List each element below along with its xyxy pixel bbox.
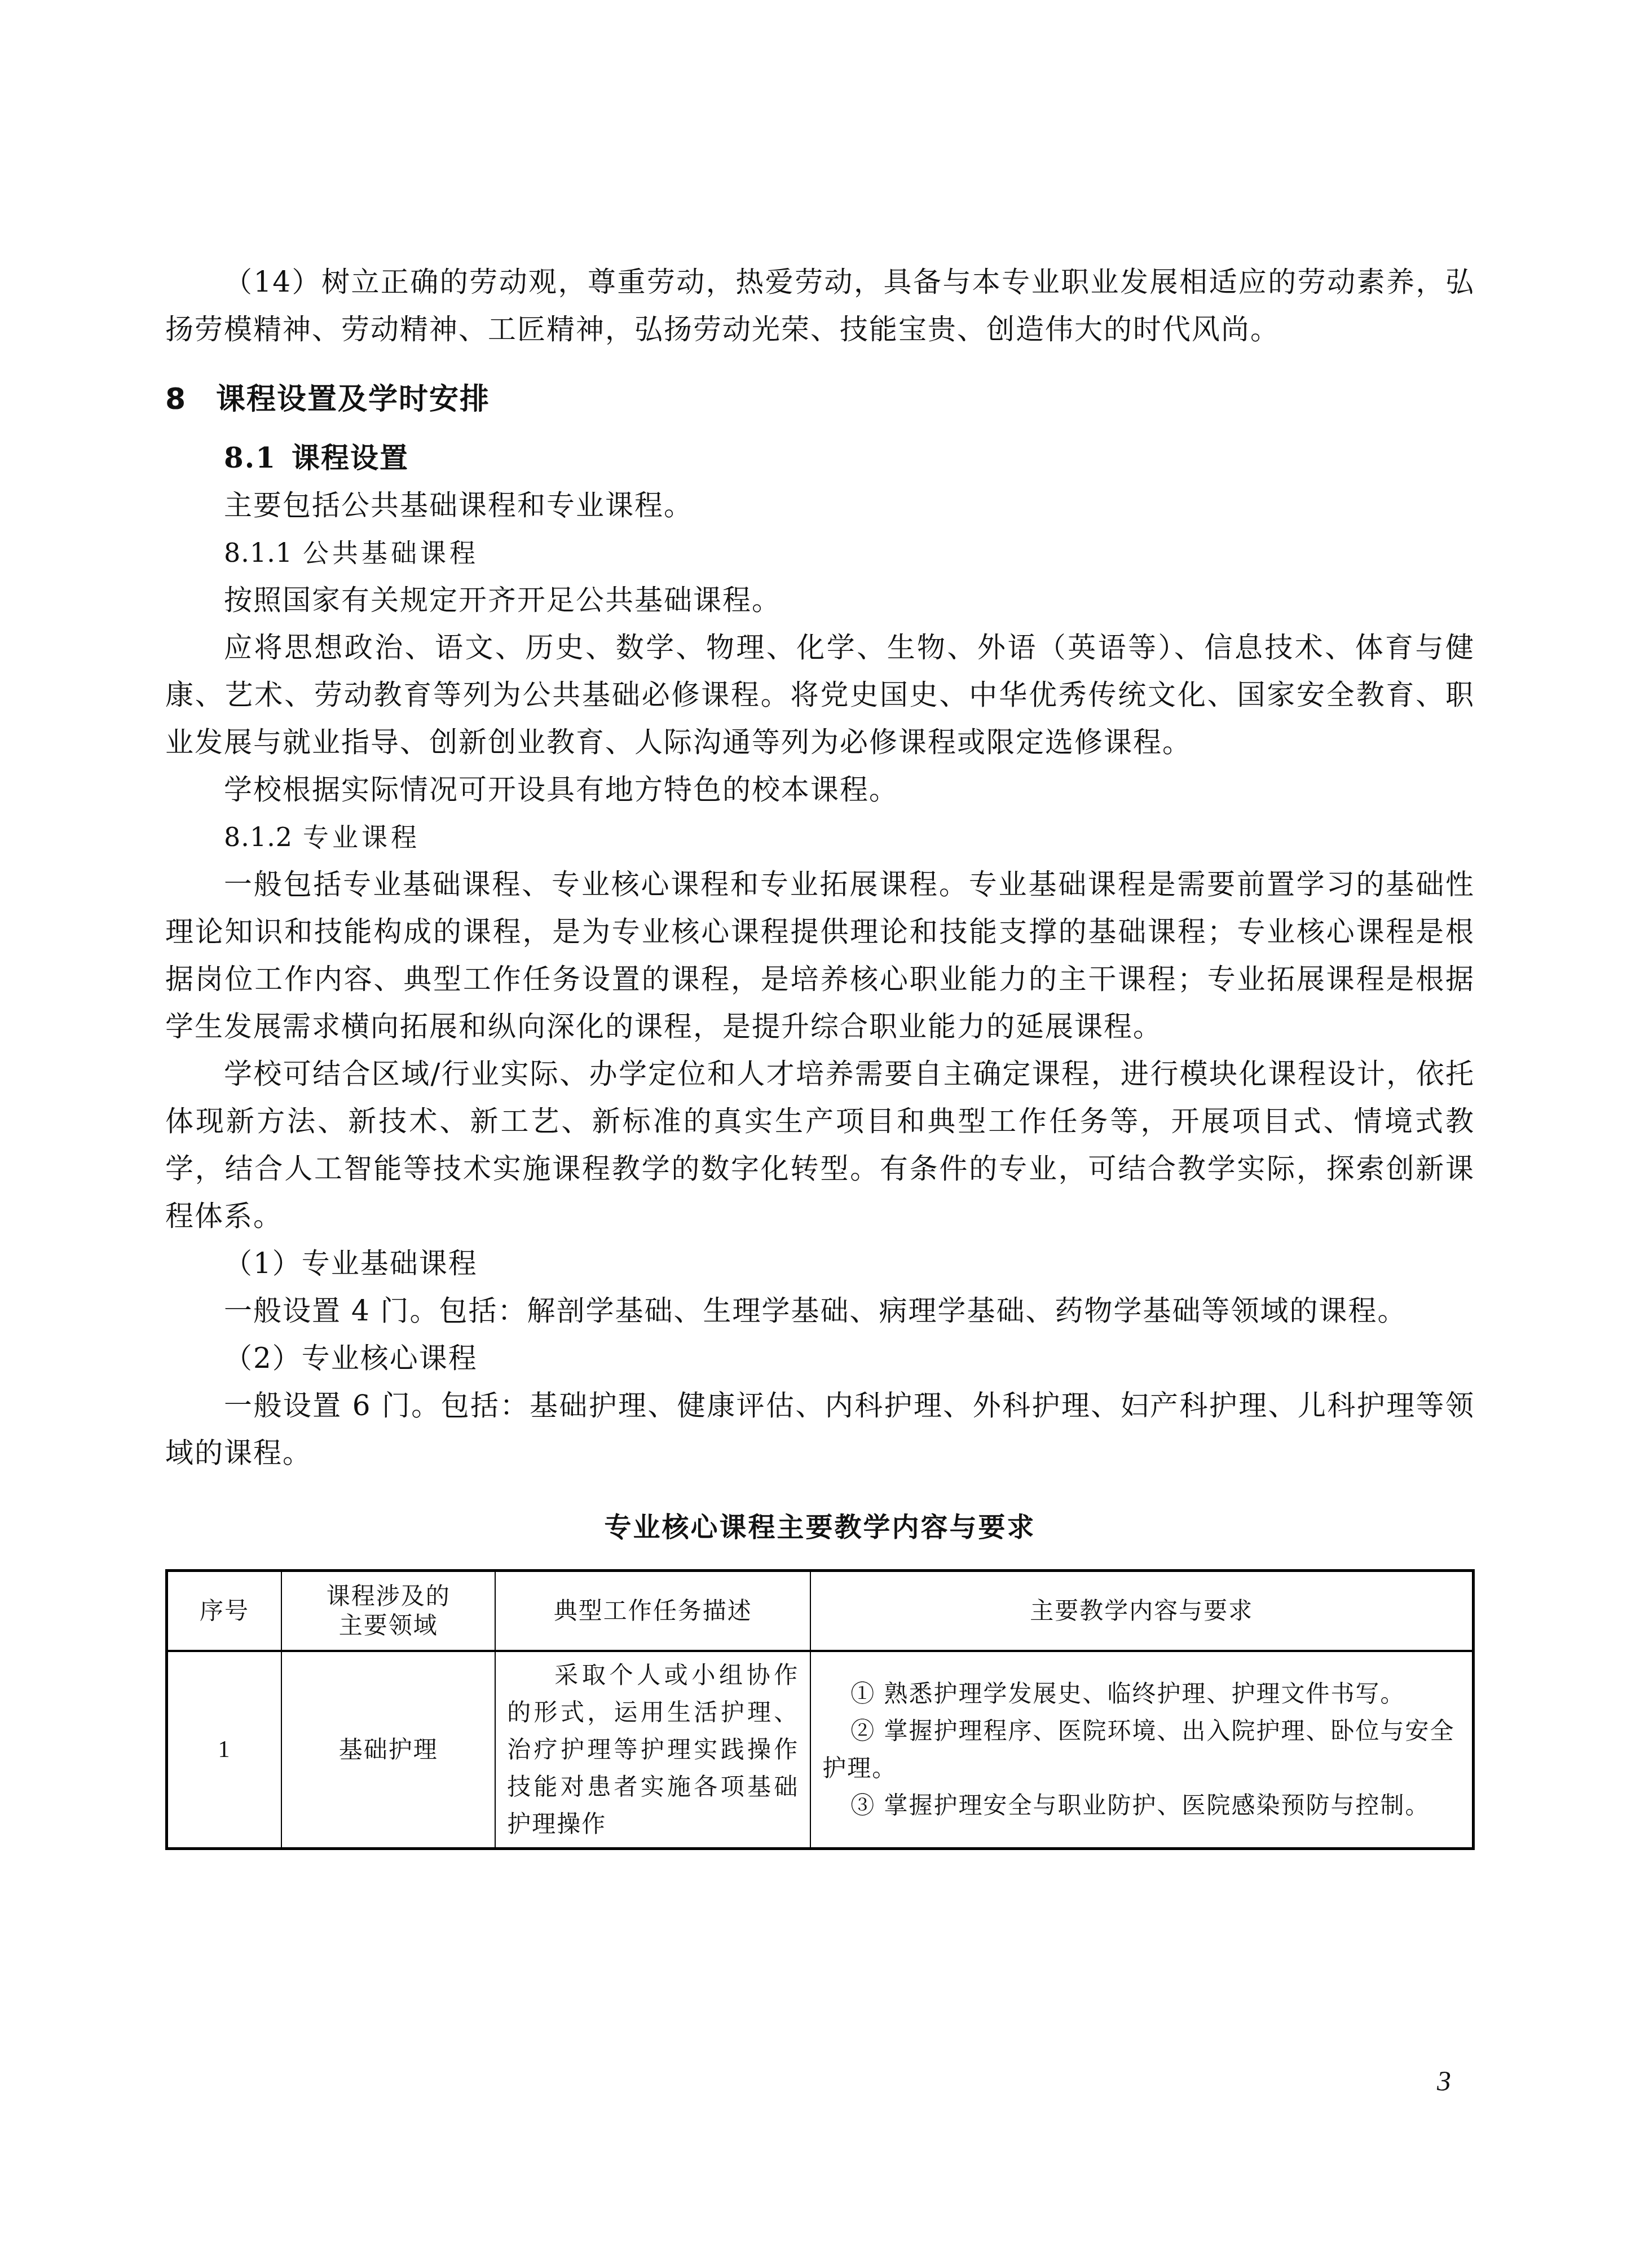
public-course-paragraph: 应将思想政治、语文、历史、数学、物理、化学、生物、外语（英语等）、信息技术、体育… (165, 624, 1475, 766)
foundation-course-text: 一般设置 4 门。包括：解剖学基础、生理学基础、病理学基础、药物学基础等领域的课… (165, 1287, 1475, 1335)
public-course-paragraph: 学校根据实际情况可开设具有地方特色的校本课程。 (165, 766, 1475, 813)
section-8-1-2-title: 专业课程 (303, 822, 420, 852)
section-8-1-title: 课程设置 (292, 441, 409, 474)
requirement-item: ③ 掌握护理安全与职业防护、医院感染预防与控制。 (822, 1787, 1461, 1824)
header-index: 序号 (167, 1571, 282, 1652)
page-content: （14）树立正确的劳动观，尊重劳动，热爱劳动，具备与本专业职业发展相适应的劳动素… (165, 258, 1475, 1850)
header-domain: 课程涉及的 主要领域 (281, 1571, 495, 1652)
header-domain-line2: 主要领域 (288, 1611, 489, 1640)
core-course-table: 序号 课程涉及的 主要领域 典型工作任务描述 主要教学内容与要求 1 基础护理 … (165, 1569, 1475, 1850)
public-course-paragraph: 按照国家有关规定开齐开足公共基础课程。 (165, 576, 1475, 624)
header-domain-line1: 课程涉及的 (288, 1582, 489, 1611)
section-8-1-1-heading: 8.1.1公共基础课程 (165, 529, 1475, 576)
section-8-1-intro: 主要包括公共基础课程和专业课程。 (165, 482, 1475, 529)
core-course-text: 一般设置 6 门。包括：基础护理、健康评估、内科护理、外科护理、妇产科护理、儿科… (165, 1382, 1475, 1477)
professional-course-paragraph: 一般包括专业基础课程、专业核心课程和专业拓展课程。专业基础课程是需要前置学习的基… (165, 861, 1475, 1050)
table-header-row: 序号 课程涉及的 主要领域 典型工作任务描述 主要教学内容与要求 (167, 1571, 1474, 1652)
table-row: 1 基础护理 采取个人或小组协作的形式，运用生活护理、治疗护理等护理实践操作技能… (167, 1651, 1474, 1849)
professional-course-paragraph: 学校可结合区域/行业实际、办学定位和人才培养需要自主确定课程，进行模块化课程设计… (165, 1050, 1475, 1240)
cell-task-text: 采取个人或小组协作的形式，运用生活护理、治疗护理等护理实践操作技能对患者实施各项… (507, 1657, 799, 1843)
table-caption: 专业核心课程主要教学内容与要求 (165, 1510, 1475, 1544)
section-8-title: 课程设置及学时安排 (216, 382, 490, 416)
document-page: （14）树立正确的劳动观，尊重劳动，热爱劳动，具备与本专业职业发展相适应的劳动素… (0, 0, 1627, 2268)
page-number: 3 (1437, 2064, 1451, 2097)
section-8-heading: 8课程设置及学时安排 (165, 376, 1475, 423)
section-8-1-heading: 8.1课程设置 (165, 434, 1475, 482)
section-8-1-1-number: 8.1.1 (224, 529, 303, 576)
cell-index: 1 (167, 1651, 282, 1849)
section-8-number: 8 (165, 376, 216, 423)
foundation-course-heading: （1）专业基础课程 (165, 1240, 1475, 1287)
section-8-1-1-title: 公共基础课程 (303, 538, 479, 568)
requirement-item: ① 熟悉护理学发展史、临终护理、护理文件书写。 (822, 1675, 1461, 1712)
section-8-1-number: 8.1 (224, 434, 292, 482)
cell-task: 采取个人或小组协作的形式，运用生活护理、治疗护理等护理实践操作技能对患者实施各项… (495, 1651, 810, 1849)
labor-attitude-paragraph: （14）树立正确的劳动观，尊重劳动，热爱劳动，具备与本专业职业发展相适应的劳动素… (165, 258, 1475, 353)
core-course-heading: （2）专业核心课程 (165, 1335, 1475, 1382)
cell-domain: 基础护理 (281, 1651, 495, 1849)
section-8-1-2-number: 8.1.2 (224, 813, 303, 861)
cell-requirements: ① 熟悉护理学发展史、临终护理、护理文件书写。 ② 掌握护理程序、医院环境、出入… (810, 1651, 1473, 1849)
header-task: 典型工作任务描述 (495, 1571, 810, 1652)
section-8-1-2-heading: 8.1.2专业课程 (165, 813, 1475, 861)
requirement-item: ② 掌握护理程序、医院环境、出入院护理、卧位与安全护理。 (822, 1712, 1461, 1787)
header-requirements: 主要教学内容与要求 (810, 1571, 1473, 1652)
